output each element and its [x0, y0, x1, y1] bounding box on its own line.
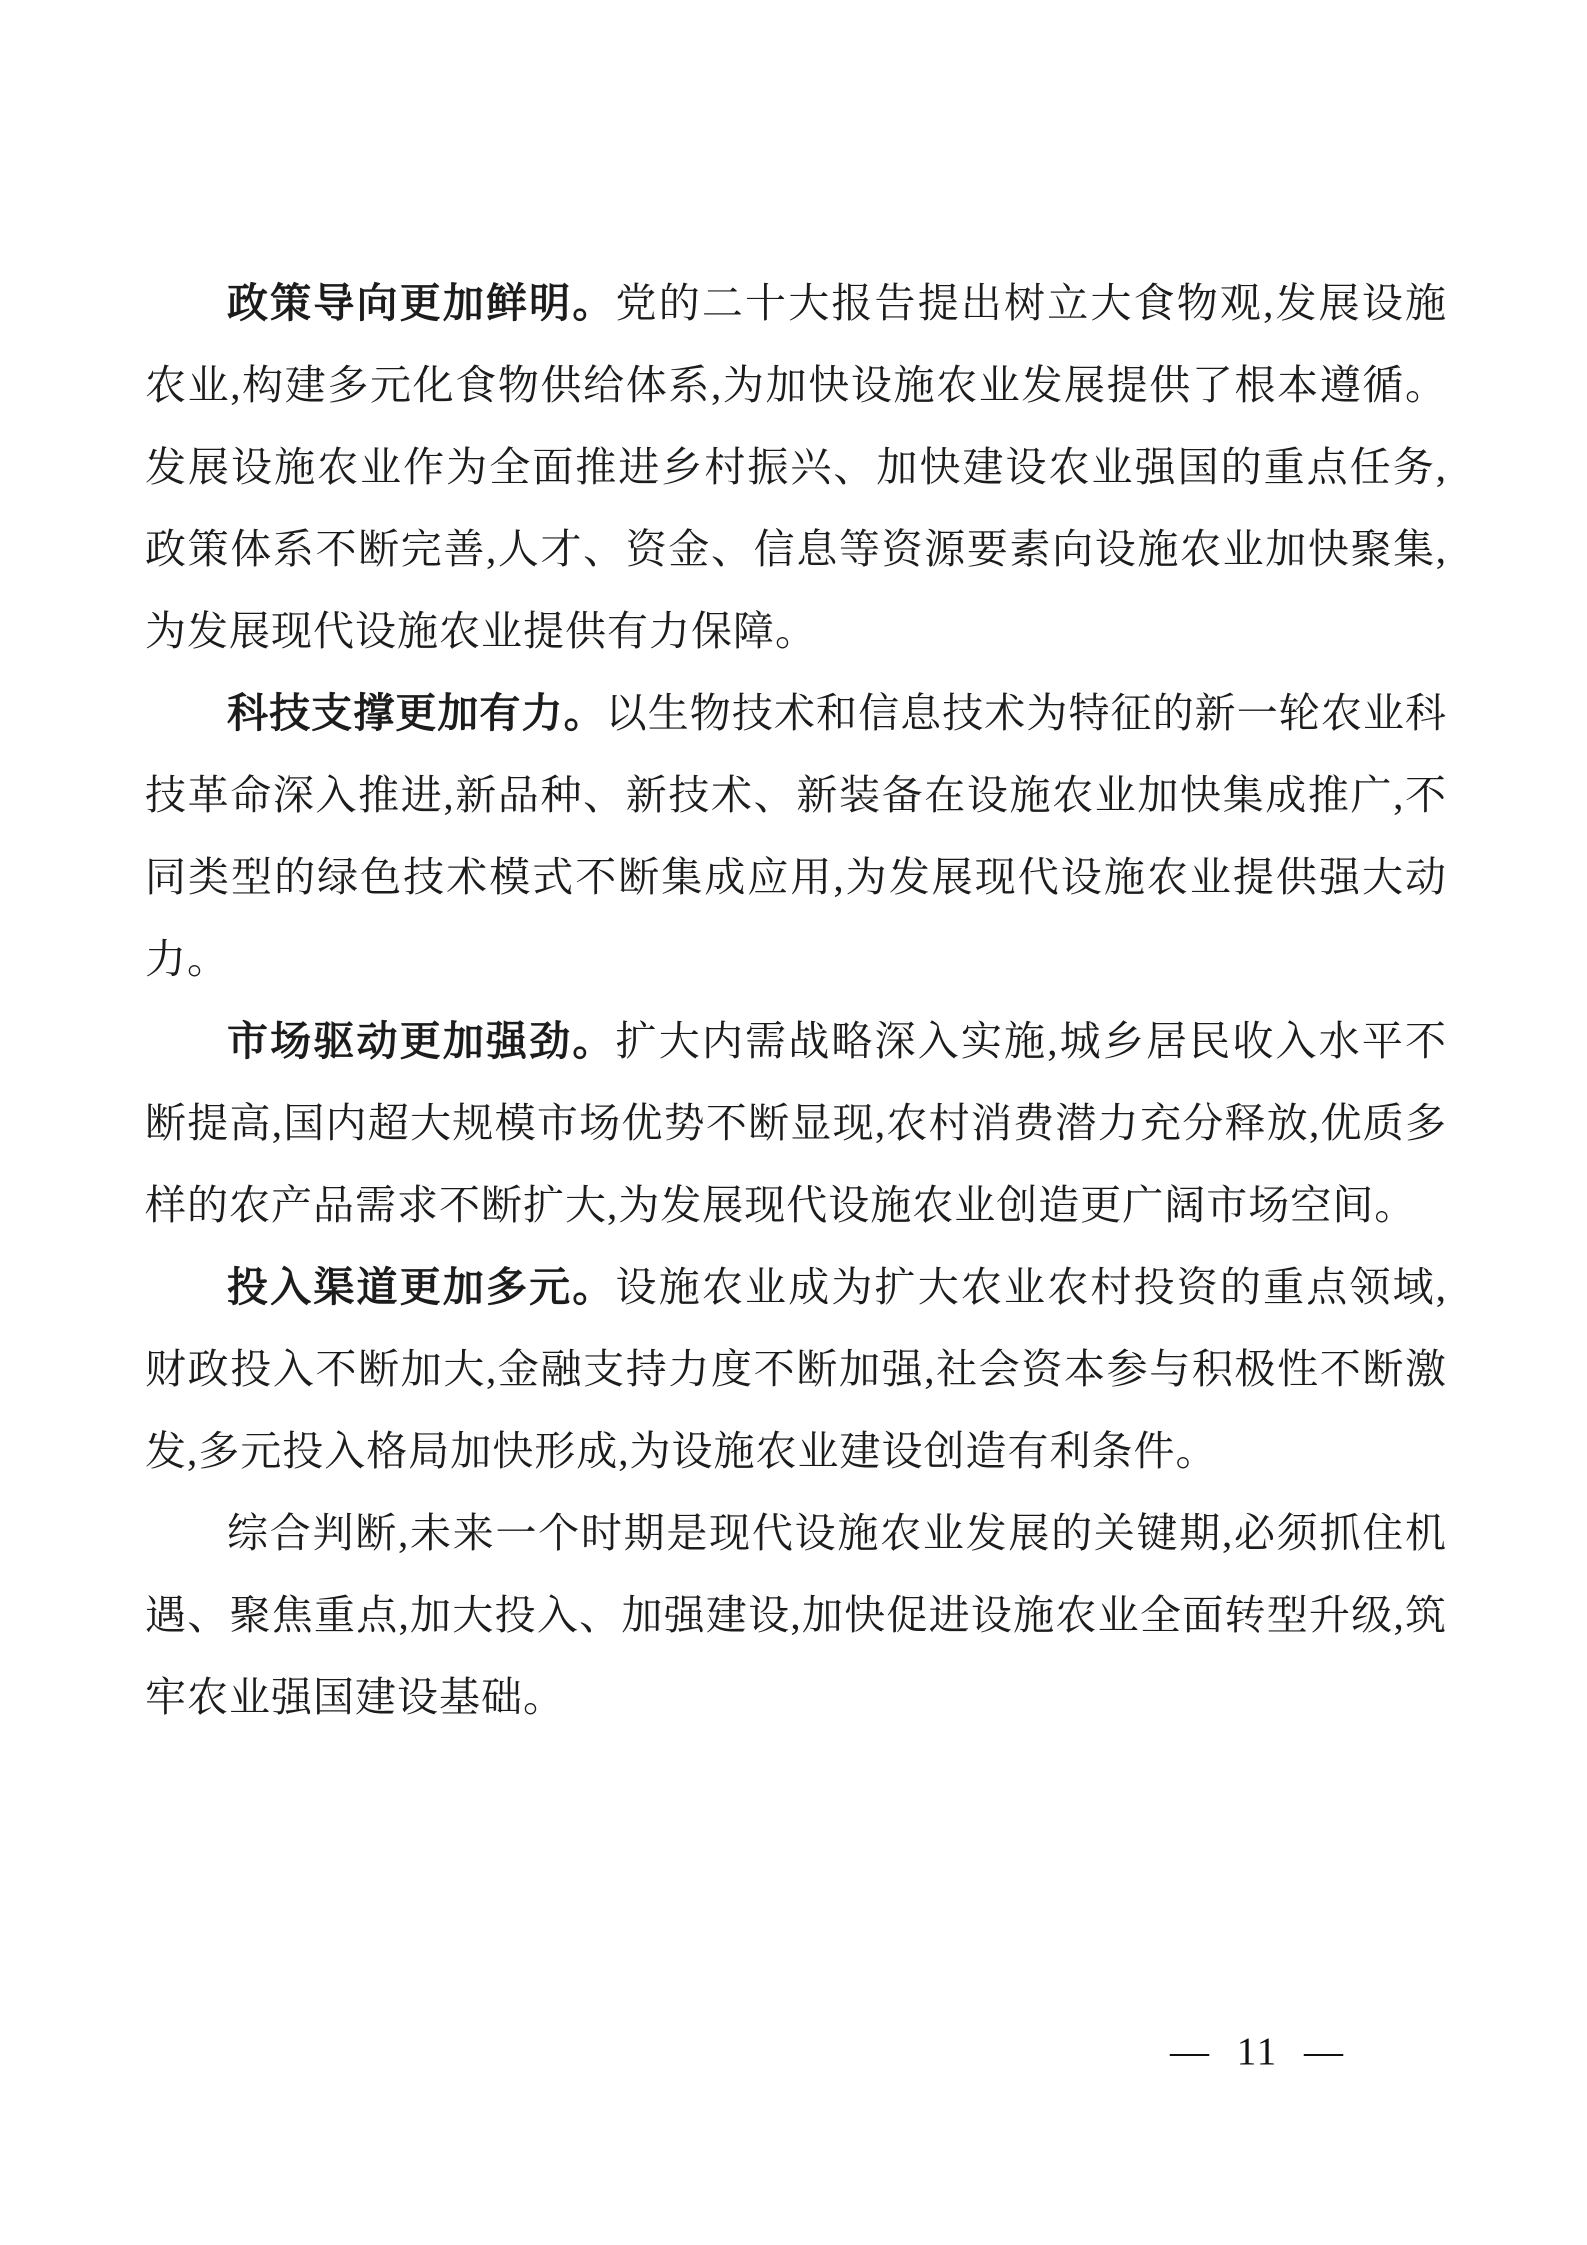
paragraph-policy-orientation: 政策导向更加鲜明。党的二十大报告提出树立大食物观,发展设施农业,构建多元化食物供… — [145, 262, 1447, 672]
document-body: 政策导向更加鲜明。党的二十大报告提出树立大食物观,发展设施农业,构建多元化食物供… — [145, 262, 1447, 1738]
paragraph-text: 综合判断,未来一个时期是现代设施农业发展的关键期,必须抓住机遇、聚焦重点,加大投… — [145, 1510, 1447, 1720]
paragraph-text: 党的二十大报告提出树立大食物观,发展设施农业,构建多元化食物供给体系,为加快设施… — [145, 280, 1447, 654]
paragraph-conclusion: 综合判断,未来一个时期是现代设施农业发展的关键期,必须抓住机遇、聚焦重点,加大投… — [145, 1492, 1447, 1738]
paragraph-tech-support: 科技支撑更加有力。以生物技术和信息技术为特征的新一轮农业科技革命深入推进,新品种… — [145, 672, 1447, 1000]
paragraph-lead: 科技支撑更加有力。 — [227, 690, 606, 736]
paragraph-lead: 投入渠道更加多元。 — [227, 1264, 616, 1310]
paragraph-lead: 政策导向更加鲜明。 — [227, 280, 616, 326]
document-page: 政策导向更加鲜明。党的二十大报告提出树立大食物观,发展设施农业,构建多元化食物供… — [0, 0, 1587, 2245]
paragraph-lead: 市场驱动更加强劲。 — [227, 1018, 616, 1064]
paragraph-market-drive: 市场驱动更加强劲。扩大内需战略深入实施,城乡居民收入水平不断提高,国内超大规模市… — [145, 1000, 1447, 1246]
page-number: — 11 — — [1170, 2028, 1345, 2076]
paragraph-investment-channels: 投入渠道更加多元。设施农业成为扩大农业农村投资的重点领域,财政投入不断加大,金融… — [145, 1246, 1447, 1492]
